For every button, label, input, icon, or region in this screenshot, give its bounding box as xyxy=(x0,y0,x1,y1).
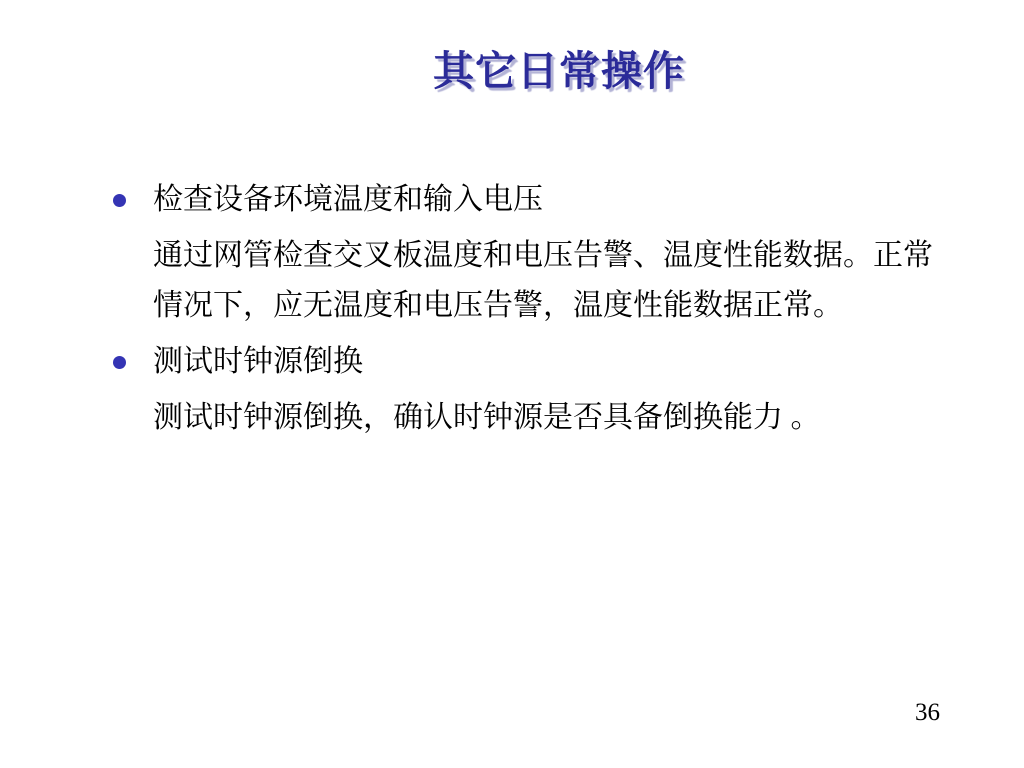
bullet-body-1-line-2: 情况下，应无温度和电压告警，温度性能数据正常。 xyxy=(153,281,944,331)
bullet-item-2: 测试时钟源倒换 测试时钟源倒换，确认时钟源是否具备倒换能力 。 xyxy=(113,337,944,443)
slide-title: 其它日常操作 xyxy=(94,38,1024,97)
page-number: 36 xyxy=(915,699,940,727)
bullet-dot-icon xyxy=(113,194,126,207)
bullet-heading-2: 测试时钟源倒换 xyxy=(153,337,944,387)
slide: 其它日常操作 检查设备环境温度和输入电压 通过网管检查交叉板温度和电压告警、温度… xyxy=(0,0,1024,768)
bullet-item-1: 检查设备环境温度和输入电压 通过网管检查交叉板温度和电压告警、温度性能数据。正常… xyxy=(113,175,944,331)
bullet-dot-icon xyxy=(113,356,126,369)
bullet-body-2: 测试时钟源倒换，确认时钟源是否具备倒换能力 。 xyxy=(153,393,944,443)
bullet-text-1: 检查设备环境温度和输入电压 通过网管检查交叉板温度和电压告警、温度性能数据。正常… xyxy=(153,175,944,331)
bullet-list: 检查设备环境温度和输入电压 通过网管检查交叉板温度和电压告警、温度性能数据。正常… xyxy=(113,175,944,443)
bullet-body-2-line-1: 测试时钟源倒换，确认时钟源是否具备倒换能力 。 xyxy=(153,393,944,443)
bullet-body-1-line-1: 通过网管检查交叉板温度和电压告警、温度性能数据。正常 xyxy=(153,231,944,281)
bullet-heading-1: 检查设备环境温度和输入电压 xyxy=(153,175,944,225)
bullet-body-1: 通过网管检查交叉板温度和电压告警、温度性能数据。正常 情况下，应无温度和电压告警… xyxy=(153,231,944,331)
bullet-text-2: 测试时钟源倒换 测试时钟源倒换，确认时钟源是否具备倒换能力 。 xyxy=(153,337,944,443)
